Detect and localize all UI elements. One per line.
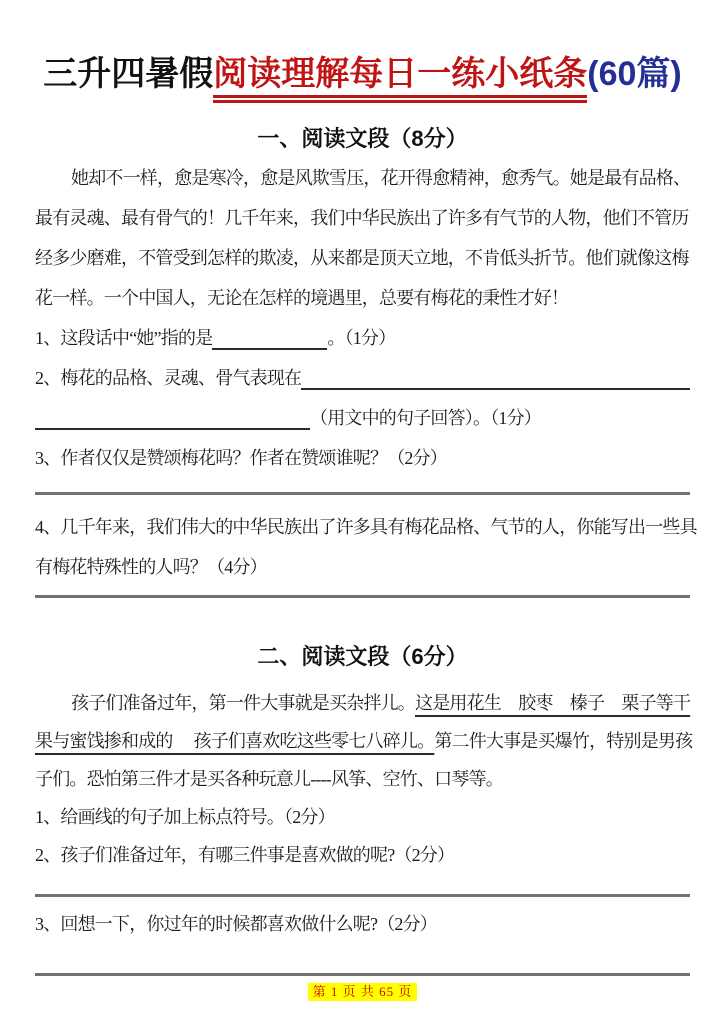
passage-line: 她却不一样，愈是寒冷，愈是风欺雪压，花开得愈精神，愈秀气。她是最有品格、 [35, 158, 690, 198]
passage-text: 孩子们准备过年，第一件大事就是买杂拌儿。 [71, 693, 415, 713]
passage-text: 第二件大事是买爆竹，特别是男孩 [434, 731, 692, 751]
question-hint: （用文中的句子回答）。（1分） [310, 398, 541, 438]
question-text: 3、作者仅仅是赞颂梅花吗？作者在赞颂谁呢？（2分） [35, 438, 447, 478]
question-text: 3、回想一下，你过年的时候都喜欢做什么呢?（2分） [35, 905, 437, 943]
answer-blank [301, 358, 690, 390]
title-black-part: 三升四暑假 [43, 55, 213, 93]
page-content: 三升四暑假阅读理解每日一练小纸条(60篇) 一、阅读文段（8分） 她却不一样，愈… [35, 48, 690, 1001]
answer-blank [212, 318, 327, 350]
question-text: 有梅花特殊性的人吗？（4分） [35, 547, 267, 587]
footer-wrap: 第 1 页 共 65 页 [35, 983, 690, 1001]
question-score: 。（1分） [327, 318, 395, 358]
question-text: 2、孩子们准备过年，有哪三件事是喜欢做的呢?（2分） [35, 836, 454, 874]
underlined-sentence: 果与蜜饯掺和成的 孩子们喜欢吃这些零七八碎儿。 [35, 731, 434, 751]
passage-line: 子们。恐怕第三件才是买各种玩意儿----风筝、空竹、口琴等。 [35, 760, 690, 798]
passage-line: 最有灵魂、最有骨气的！几千年来，我们中华民族出了许多有气节的人物，他们不管历 [35, 198, 690, 238]
underlined-sentence: 这是用花生 胶枣 榛子 栗子等干 [415, 693, 690, 713]
answer-line [35, 492, 690, 495]
question-1: 1、这段话中“她”指的是 。（1分） [35, 318, 690, 358]
passage-line: 果与蜜饯掺和成的 孩子们喜欢吃这些零七八碎儿。第二件大事是买爆竹，特别是男孩 [35, 722, 690, 760]
question-4: 4、几千年来，我们伟大的中华民族出了许多具有梅花品格、气节的人，你能写出一些具 … [35, 507, 690, 587]
passage-text: 子们。恐怕第三件才是买各种玩意儿----风筝、空竹、口琴等。 [35, 769, 503, 789]
title-blue-part: (60篇) [587, 55, 681, 93]
question-3: 3、回想一下，你过年的时候都喜欢做什么呢?（2分） [35, 905, 690, 943]
section2-heading: 二、阅读文段（6分） [35, 642, 690, 672]
question-text: 2、梅花的品格、灵魂、骨气表现在 [35, 358, 301, 398]
question-text: 1、这段话中“她”指的是 [35, 318, 212, 358]
question-2-line1: 2、梅花的品格、灵魂、骨气表现在 [35, 358, 690, 398]
section2: 二、阅读文段（6分） 孩子们准备过年，第一件大事就是买杂拌儿。这是用花生 胶枣 … [35, 642, 690, 976]
question-3: 3、作者仅仅是赞颂梅花吗？作者在赞颂谁呢？（2分） [35, 438, 690, 478]
doc-title: 三升四暑假阅读理解每日一练小纸条(60篇) [35, 48, 690, 100]
answer-blank [35, 398, 310, 430]
question-text: 4、几千年来，我们伟大的中华民族出了许多具有梅花品格、气节的人，你能写出一些具 [35, 507, 697, 547]
passage-line: 花一样。一个中国人，无论在怎样的境遇里，总要有梅花的秉性才好！ [35, 278, 690, 318]
passage-line: 孩子们准备过年，第一件大事就是买杂拌儿。这是用花生 胶枣 榛子 栗子等干 [35, 684, 690, 722]
question-2: 2、孩子们准备过年，有哪三件事是喜欢做的呢?（2分） [35, 836, 690, 874]
passage-line: 经多少磨难，不管受到怎样的欺凌，从来都是顶天立地，不肯低头折节。他们就像这梅 [35, 238, 690, 278]
answer-line [35, 894, 690, 897]
answer-line [35, 973, 690, 976]
question-text: 1、给画线的句子加上标点符号。（2分） [35, 798, 335, 836]
page-number-badge: 第 1 页 共 65 页 [308, 983, 418, 1001]
section1-heading: 一、阅读文段（8分） [35, 124, 690, 154]
section2-passage: 孩子们准备过年，第一件大事就是买杂拌儿。这是用花生 胶枣 榛子 栗子等干 果与蜜… [35, 684, 690, 798]
worksheet-page: 三升四暑假阅读理解每日一练小纸条(60篇) 一、阅读文段（8分） 她却不一样，愈… [0, 0, 724, 1024]
title-red-part: 阅读理解每日一练小纸条 [213, 55, 587, 103]
question-1: 1、给画线的句子加上标点符号。（2分） [35, 798, 690, 836]
question-2-line2: （用文中的句子回答）。（1分） [35, 398, 690, 438]
section1-passage: 她却不一样，愈是寒冷，愈是风欺雪压，花开得愈精神，愈秀气。她是最有品格、 最有灵… [35, 158, 690, 318]
answer-line [35, 595, 690, 598]
